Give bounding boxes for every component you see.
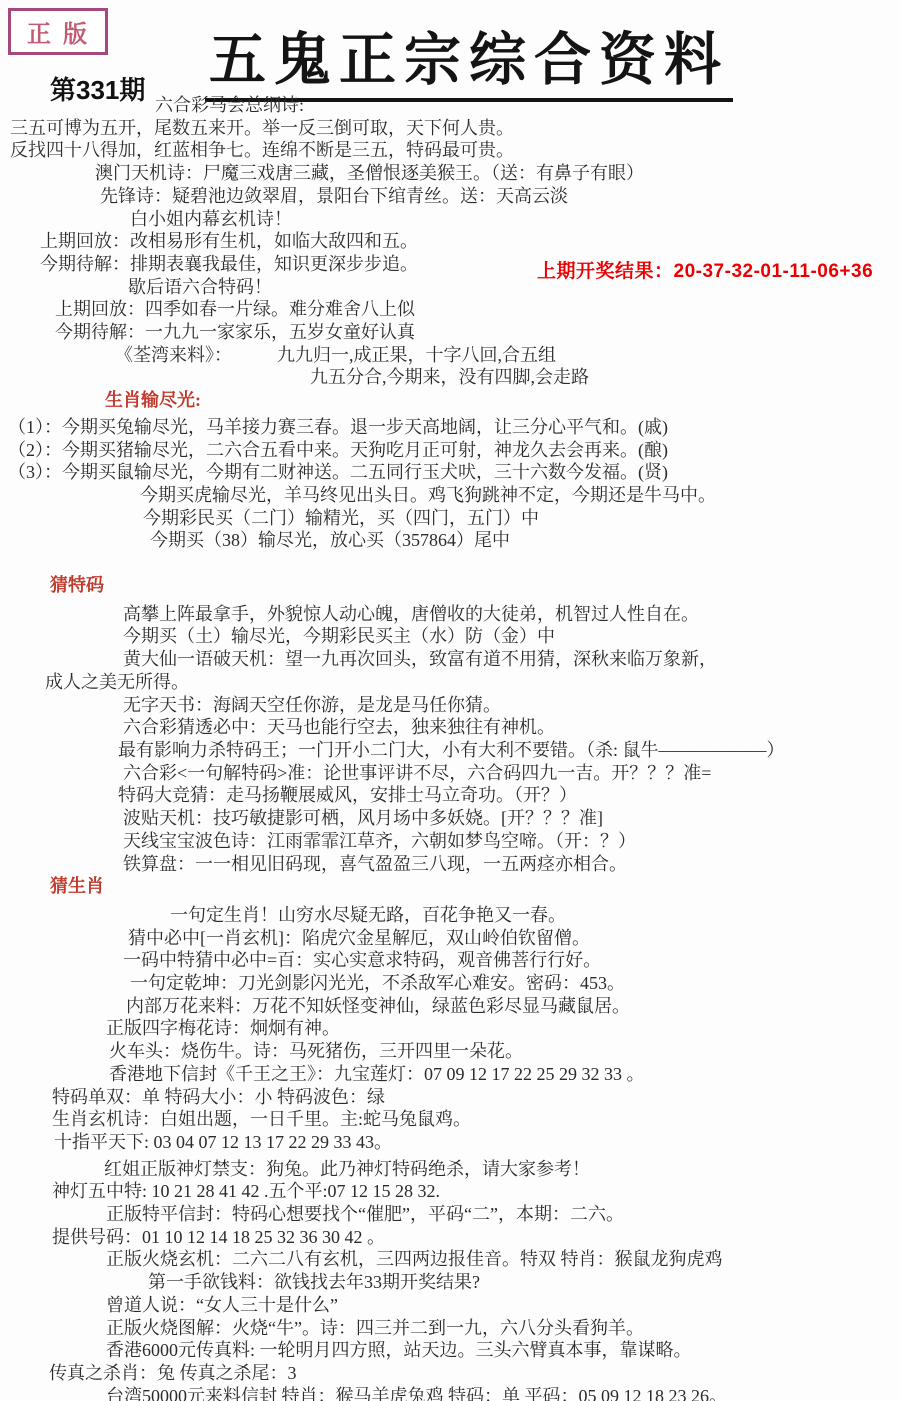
text-line: 今期买虎输尽光，羊马终见出头日。鸡飞狗跳神不定，今期还是牛马中。 [0, 484, 900, 507]
text-line: （3）：今期买鼠输尽光，今期有二财神送。二五同行玉犬吠，三十六数今发福。(贤) [0, 461, 900, 484]
text-line: 内部万花来料：万花不知妖怪变神仙，绿蓝色彩尽显马藏鼠居。 [0, 995, 900, 1018]
text-line: 火车头：烧伤牛。诗：马死猪伤，三开四里一朵花。 [0, 1040, 900, 1063]
text-line: 台湾50000元来料信封 特肖：猴马羊虎兔鸡 特码：单 平码：05 09 12 … [0, 1385, 900, 1401]
text-line: 九五分合,今期来，没有四脚,会走路 [0, 366, 900, 389]
text-line: 最有影响力杀特码王；一门开小二门大，小有大利不要错。（杀: 鼠牛——————） [0, 739, 900, 762]
text-line: 无字天书：海阔天空任你游，是龙是马任你猜。 [0, 694, 900, 717]
section-heading: 生肖输尽光: [0, 389, 900, 412]
section-heading: 猜生肖 [0, 875, 900, 898]
text-line: 香港地下信封《千王之王》：九宝莲灯：07 09 12 17 22 25 29 3… [0, 1063, 900, 1086]
text-line: 波贴天机：技巧敏捷影可栖，风月场中多妖娆。[开？？？准] [0, 807, 900, 830]
text-line: 正版火烧玄机：二六二八有玄机，三四两边报佳音。特双 特肖：猴鼠龙狗虎鸡 [0, 1248, 900, 1271]
text-line: 红姐正版神灯禁支：狗兔。此乃神灯特码绝杀，请大家参考！ [0, 1158, 900, 1181]
text-line: 正版特平信封：特码心想要找个“催肥”，平码“二”，本期：二六。 [0, 1203, 900, 1226]
text-line: 今期彩民买（二门）输精光，买（四门，五门）中 [0, 507, 900, 530]
text-line: 十指平天下: 03 04 07 12 13 17 22 29 33 43。 [0, 1131, 900, 1154]
text-line: 天线宝宝波色诗：江雨霏霏江草齐，六朝如梦鸟空啼。（开：？） [0, 830, 900, 853]
text-line: 曾道人说：“女人三十是什么” [0, 1294, 900, 1317]
text-line: 特码单双：单 特码大小：小 特码波色：绿 [0, 1086, 900, 1109]
text-line: 六合彩马会总纲诗: [0, 94, 900, 117]
text-line: 高攀上阵最拿手，外貌惊人动心魄，唐僧收的大徒弟，机智过人性自在。 [0, 603, 900, 626]
text-line: 今期买（土）输尽光，今期彩民买主（水）防（金）中 [0, 625, 900, 648]
text-line: （1）：今期买兔输尽光，马羊接力赛三春。退一步天高地阔，让三分心平气和。(戚) [0, 416, 900, 439]
text-line: 今期待解：排期表襄我最佳，知识更深步步追。 [0, 253, 900, 276]
text-line: 反找四十八得加，红蓝相争七。连绵不断是三五，特码最可贵。 [0, 139, 900, 162]
text-line: 传真之杀肖：兔 传真之杀尾：3 [0, 1362, 900, 1385]
text-line: 一码中特猜中必中=百：实心实意求特码，观音佛菩行行好。 [0, 949, 900, 972]
text-line: 第一手欲钱料：欲钱找去年33期开奖结果? [0, 1271, 900, 1294]
text-line: 先锋诗：疑碧池边敛翠眉，景阳台下绾青丝。送：天高云淡 [0, 185, 900, 208]
text-line: 神灯五中特: 10 21 28 41 42 .五个平:07 12 15 28 3… [0, 1180, 900, 1203]
text-line: 澳门天机诗：尸魔三戏唐三藏，圣僧恨逐美猴王。（送：有鼻子有眼） [0, 162, 900, 185]
text-line: 生肖玄机诗：白姐出题，一日千里。主:蛇马兔鼠鸡。 [0, 1108, 900, 1131]
text-line: 六合彩猜透必中：天马也能行空去，独来独往有神机。 [0, 716, 900, 739]
text-line: 正版四字梅花诗：炯炯有神。 [0, 1017, 900, 1040]
text-line: 铁算盘：一一相见旧码现，喜气盈盈三八现，一五两痉亦相合。 [0, 853, 900, 876]
text-line: 《荃湾来料》： 九九归一,成正果，十字八回,合五组 [0, 344, 900, 367]
text-line: 三五可博为五开，尾数五来开。举一反三倒可取，天下何人贵。 [0, 117, 900, 140]
text-line: 歇后语六合特码！ [0, 276, 900, 299]
text-line: 上期回放：四季如春一片绿。难分难舍八上似 [0, 298, 900, 321]
text-line: 成人之美无所得。 [0, 671, 900, 694]
text-line: 上期回放：改相易形有生机，如临大敌四和五。 [0, 230, 900, 253]
lottery-tip-sheet: 正版 五鬼正宗综合资料 第331期 上期开奖结果：20-37-32-01-11-… [0, 0, 900, 1401]
text-line: （2）：今期买猪输尽光，二六合五看中来。天狗吃月正可射，神龙久去会再来。(酿) [0, 439, 900, 462]
document-body: 六合彩马会总纲诗:三五可博为五开，尾数五来开。举一反三倒可取，天下何人贵。反找四… [0, 94, 900, 1401]
text-line: 今期待解：一九九一家家乐，五岁女童好认真 [0, 321, 900, 344]
text-line: 提供号码：01 10 12 14 18 25 32 36 30 42 。 [0, 1226, 900, 1249]
section-heading: 猜特码 [0, 574, 900, 597]
page-title: 五鬼正宗综合资料 [205, 14, 733, 102]
text-line: 正版火烧图解：火烧“牛”。诗：四三并二到一九，六八分头看狗羊。 [0, 1317, 900, 1340]
text-line: 一句定生肖！山穷水尽疑无路，百花争艳又一春。 [0, 904, 900, 927]
text-line: 一句定乾坤：刀光剑影闪光光，不杀敌军心难安。密码：453。 [0, 972, 900, 995]
genuine-badge: 正版 [8, 8, 108, 55]
text-line: 香港6000元传真料: 一轮明月四方照，站天边。三头六臂真本事，靠谋略。 [0, 1339, 900, 1362]
text-line: 六合彩<一句解特码>准：论世事评讲不尽，六合码四九一吉。开？？？准= [0, 762, 900, 785]
text-line: 今期买（38）输尽光，放心买（357864）尾中 [0, 529, 900, 552]
text-line: 特码大竞猜：走马扬鞭展威风，安排士马立奇功。（开？） [0, 784, 900, 807]
text-line: 白小姐内幕玄机诗！ [0, 208, 900, 231]
text-line: 猜中必中[一肖玄机]：陷虎穴金星解厄，双山岭伯钦留僧。 [0, 927, 900, 950]
text-line: 黄大仙一语破天机：望一九再次回头，致富有道不用猜，深秋来临万象新， [0, 648, 900, 671]
